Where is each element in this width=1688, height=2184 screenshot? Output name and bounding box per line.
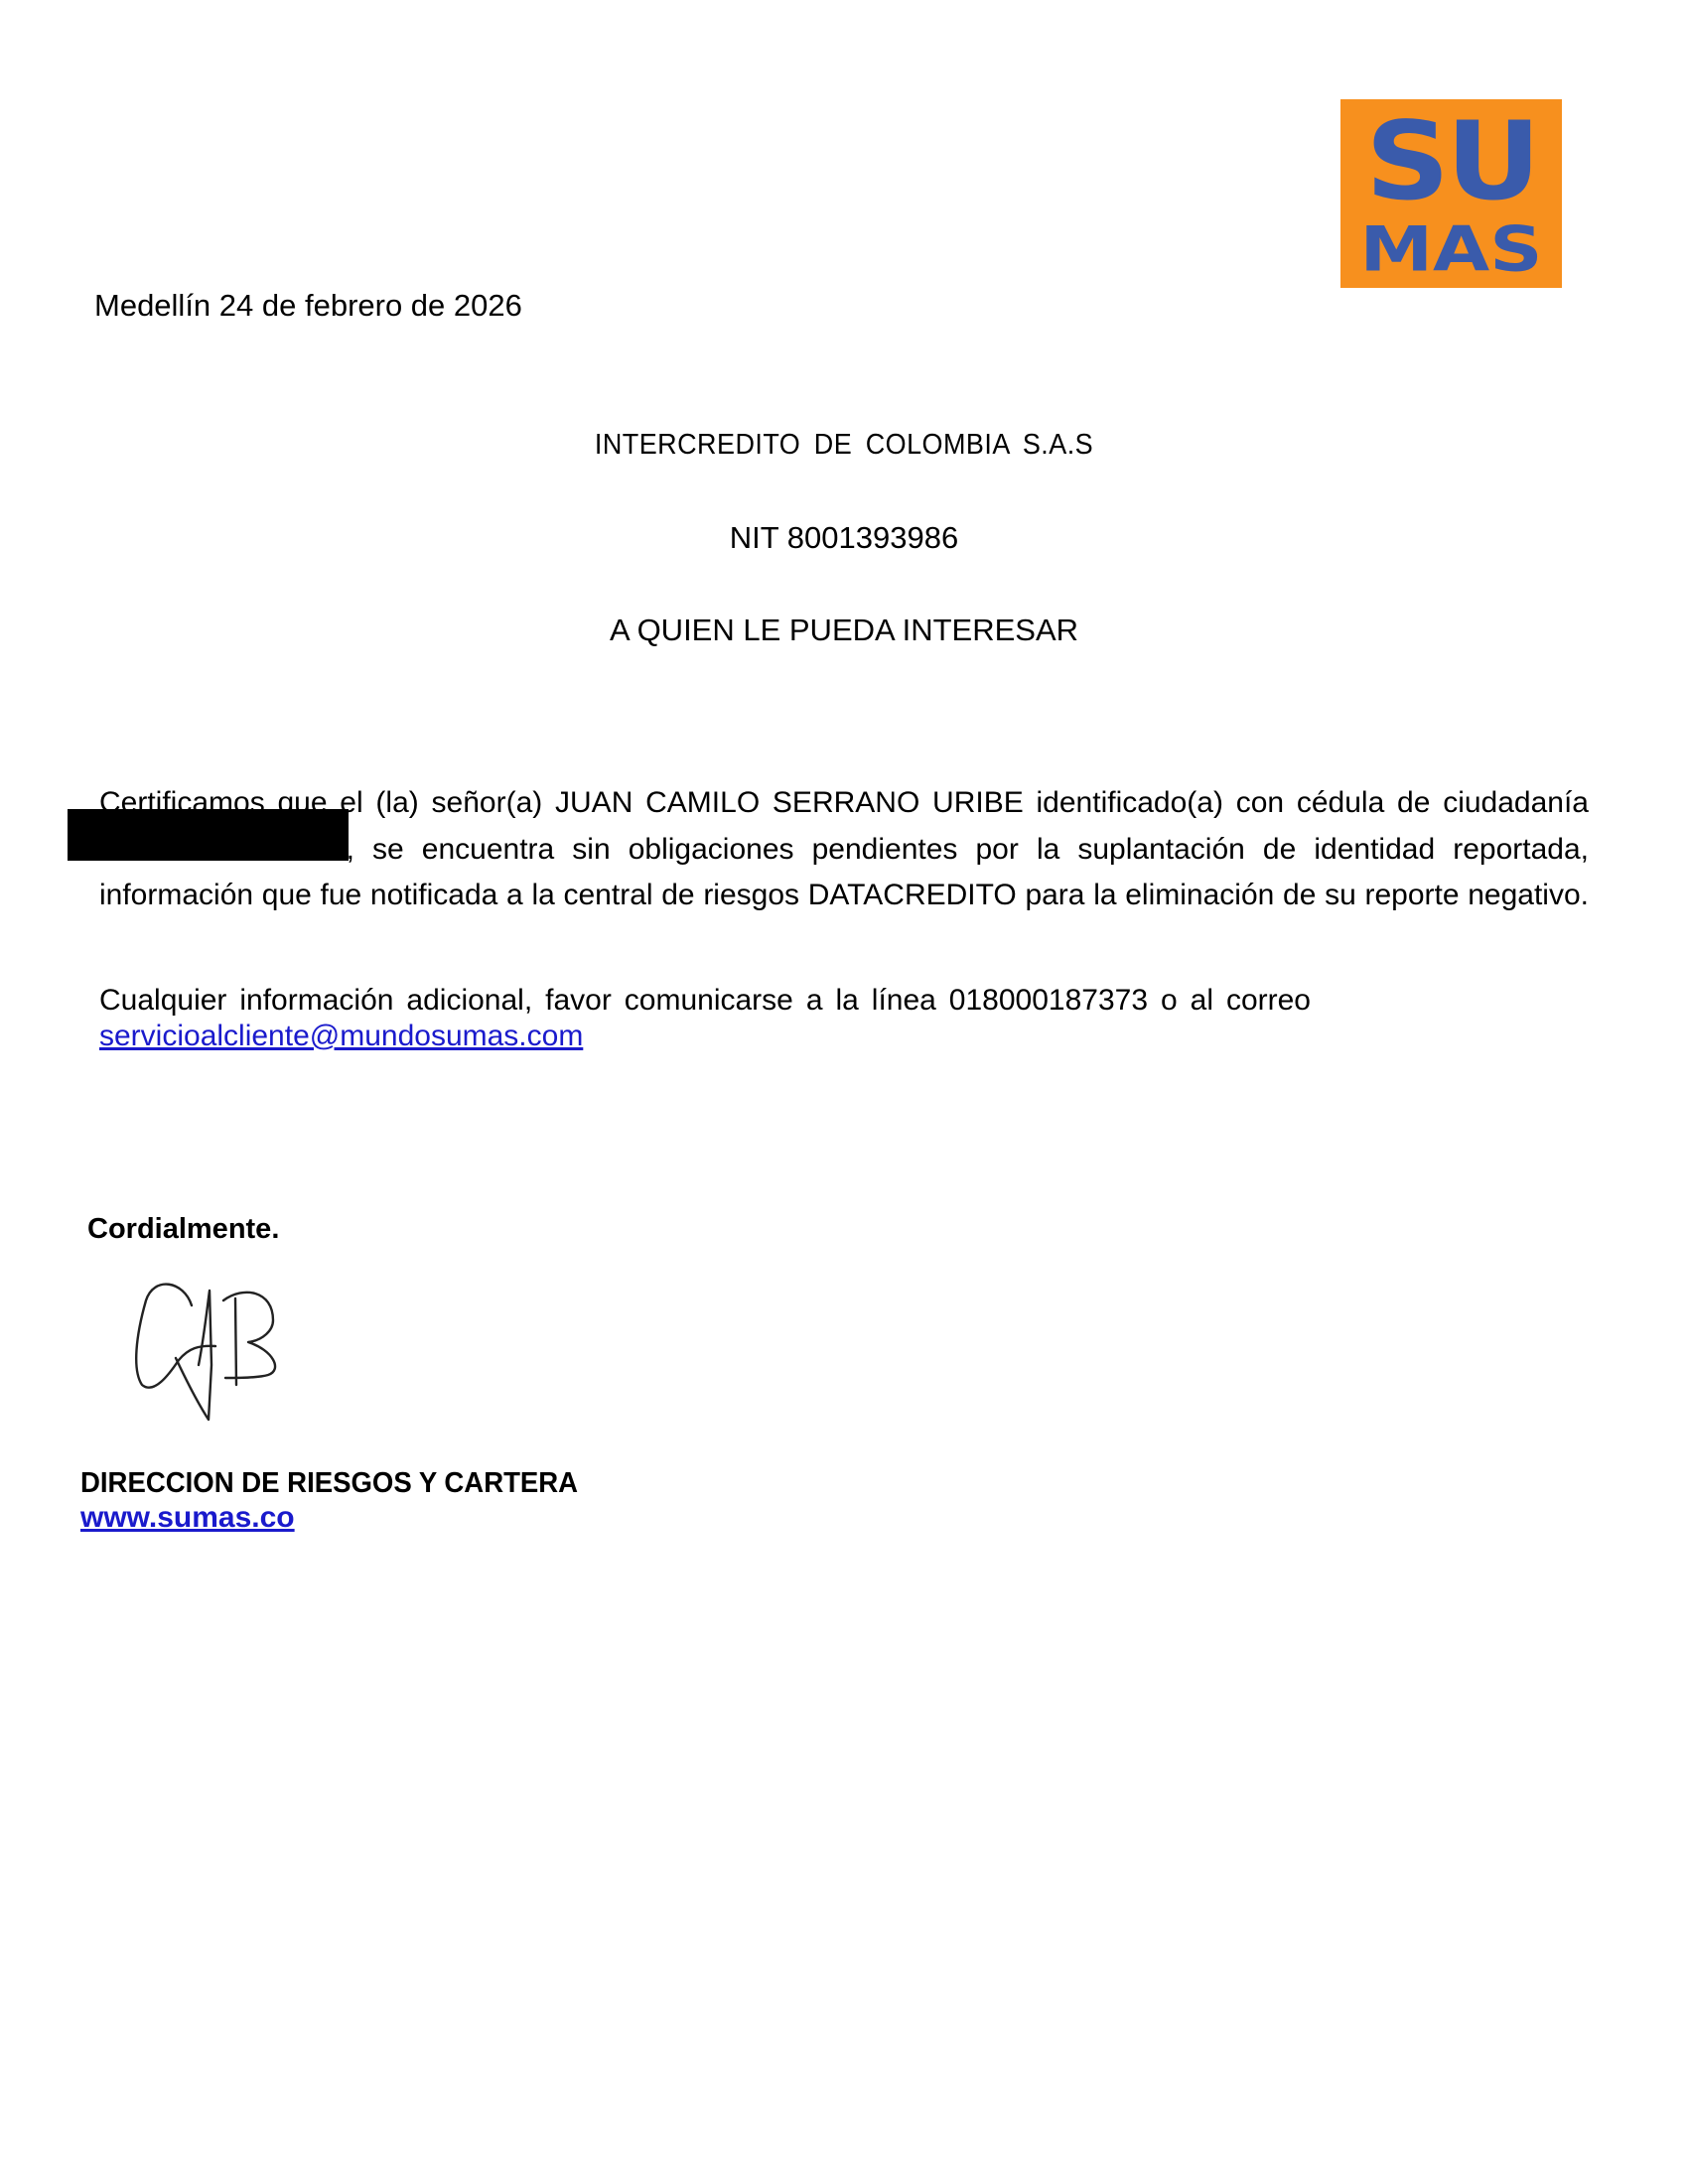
contact-text: Cualquier información adicional, favor c… — [99, 983, 1311, 1019]
department-name: DIRECCION DE RIESGOS Y CARTERA — [80, 1467, 578, 1500]
contact-email-link[interactable]: servicioalcliente@mundosumas.com — [99, 1020, 583, 1052]
closing: Cordialmente. — [87, 1213, 279, 1246]
website-link[interactable]: www.sumas.co — [80, 1501, 295, 1535]
company-nit: NIT 8001393986 — [0, 520, 1688, 556]
letter-greeting: A QUIEN LE PUEDA INTERESAR — [0, 613, 1688, 648]
logo-text-mas: MAS — [1328, 218, 1576, 281]
signature — [124, 1261, 303, 1434]
redaction-box — [68, 809, 349, 861]
company-name: INTERCREDITO DE COLOMBIA S.A.S — [60, 429, 1629, 462]
contact-paragraph: Cualquier información adicional, favor c… — [99, 983, 1311, 1054]
logo-text-su: SU — [1340, 107, 1562, 215]
paragraph-line-3: información que fue notificada a la cent… — [99, 873, 1589, 919]
sumas-logo: SU MAS — [1340, 99, 1562, 288]
letter-date: Medellín 24 de febrero de 2026 — [94, 288, 522, 324]
